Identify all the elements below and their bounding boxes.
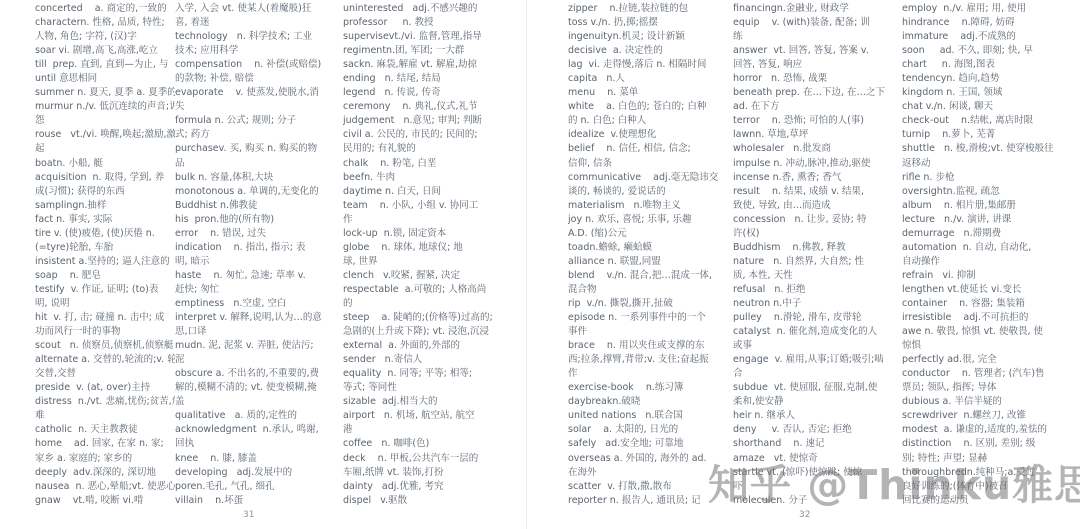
vocab-line: 入学, 入会 vt. 使某人(着魔般)狂 [175,2,342,16]
vocab-line: compensation n. 补偿(或赔偿) [175,58,342,72]
vocab-line: 事件 [568,325,732,339]
vocab-line: 泥 [175,353,342,367]
vocab-line: hit v. 打, 击; 碰撞 n. 击中; 成 [35,311,175,325]
vocab-line: immature adj.不成熟的 [902,30,1080,44]
vocab-line: 技术; 应用科学 [175,44,342,58]
vocab-line: 民用的; 有礼貌的 [343,142,525,156]
vocab-line: indication n. 指出, 指示; 表 [175,241,342,255]
vocab-line: villain n.坏蛋 [175,494,342,508]
vocab-line: acknowledgment n.承认, 鸣谢, [175,423,342,437]
vocab-line: engage v. 雇用,从事;订婚;吸引;啮 [733,353,901,367]
vocab-line: 起 [35,142,175,156]
vocab-line: 混合物 [568,283,732,297]
vocab-line: lag vi. 走得慢,落后 n. 相隔时间 [568,58,732,72]
vocab-line: brace n. 用以夹住或支撑的东 [568,339,732,353]
vocab-line: coffee n. 咖啡(色) [343,437,525,451]
vocab-line: 交替,交替 [35,367,175,381]
vocab-line: rouse vt./vi. 唤醒,唤起;激励,激 [35,128,175,142]
vocab-line: sackn. 麻袋,解雇 vt. 解雇,劫掠 [343,58,525,72]
vocab-line: sizable adj.相当大的 [343,395,525,409]
vocab-line: 柔和,使安静 [733,395,901,409]
vocab-line: pulley n.滑轮, 滑车, 皮带轮 [733,311,901,325]
vocab-line: modest a. 谦虚的,适度的,羞怯的 [902,423,1080,437]
vocab-line: exercise-book n.练习簿 [568,381,732,395]
vocab-line: 明, 暗示 [175,255,342,269]
vocab-line: till prep. 直到, 直到—为止, 与 [35,58,175,72]
page-number-31: 31 [243,510,254,520]
vocab-line: decisive a. 决定性的 [568,44,732,58]
vocab-line: summer n. 夏天, 夏季 a. 夏季的 [35,86,175,100]
vocab-line: equip v. (with)装备, 配备; 训 [733,16,901,30]
vocab-line: chat v./n. 闲谈, 聊天 [902,100,1080,114]
vocab-line: mudn. 泥, 泥浆 v. 弄脏, 使沾污; [175,339,342,353]
vocab-line: 西;拉条,撑臂,背带;v. 支住;奋起振 [568,353,732,367]
page-number-32: 32 [799,510,810,520]
vocab-line: poren.毛孔, 气孔, 细孔 [175,480,342,494]
vocab-line: 作 [343,213,525,227]
vocab-line: clench v.咬紧, 握紧, 决定 [343,269,525,283]
vocab-line: nature n. 自然界, 大自然; 性 [733,255,901,269]
vocab-line: deny v. 否认, 否定; 拒绝 [733,423,901,437]
vocab-line: gnaw vt.啃, 咬断 vi.啃 [35,494,175,508]
vocab-line: terror n. 恐怖; 可怕的人(事) [733,114,901,128]
vocab-line: chart n. 海图,图表 [902,58,1080,72]
vocab-line: financingn.金融业, 财政学 [733,2,901,16]
vocab-line: bulk n. 容量,体积,大块 [175,171,342,185]
vocab-line: (=tyre)轮胎, 车胎 [35,241,175,255]
vocab-line: legend n. 传说, 传奇 [343,86,525,100]
vocab-line: his pron.他的(所有物) [175,213,342,227]
vocab-line: belief n. 信任, 相信, 信念; [568,142,732,156]
vocab-line: distinction n. 区别, 差别; 级 [902,437,1080,451]
vocab-line: Buddhism n.佛教, 释教 [733,241,901,255]
vocab-line: container n. 容器; 集装箱 [902,297,1080,311]
vocab-line: charactern. 性格, 品质, 特性; [35,16,175,30]
vocab-line: murmur n./v. 低沉连续的声音;诉 [35,100,175,114]
vocab-line: lawnn. 草地,草坪 [733,128,901,142]
vocab-line: uninterested adj.不感兴趣的 [343,2,525,16]
vocab-line: turnip n.萝卜, 芜菁 [902,128,1080,142]
vocab-line: nausea n. 恶心,晕船;vt. 使恶心 [35,480,175,494]
vocab-line: evaporate v. 使蒸发,使脱水,消 [175,86,342,100]
vocab-line: 或事 [733,339,901,353]
vocab-line: 港 [343,423,525,437]
vocab-line: united nations n.联合国 [568,409,732,423]
vocab-line: dainty adj.优雅, 考究 [343,480,525,494]
vocab-line: neutron n.中子 [733,297,901,311]
vocab-line: automation n. 自动, 自动化, [902,241,1080,255]
vocab-line: supervisevt./vi. 监督,管理,指导 [343,30,525,44]
vocab-line: 票员; 领队, 指挥; 导体 [902,381,1080,395]
vocab-line: ending n. 结尾, 结局 [343,72,525,86]
vocab-line: shorthand n. 速记 [733,437,901,451]
vocab-line: 赶快; 匆忙 [175,283,342,297]
vocab-line: 怨 [35,114,175,128]
vocab-line: equality n. 同等; 平等; 相等; [343,367,525,381]
vocab-line: A.D. (缩)公元 [568,227,732,241]
vocab-line: purchasev. 买, 购买 n. 购买的物 [175,142,342,156]
page32-column-1: zipper n.拉链,装拉链的包toss v./n. 扔,掷;摇摆ingenu… [568,2,732,514]
vocab-line: catholic n. 天主教教徒 [35,423,175,437]
vocab-line: solar a. 太阳的, 日光的 [568,423,732,437]
vocab-line: oversightn.监视, 疏忽 [902,185,1080,199]
vocab-line: technology n. 科学技术; 工业 [175,30,342,44]
vocab-line: respectable a.可敬的; 人格高尚 [343,283,525,297]
vocab-line: materialism n.唯物主义 [568,199,732,213]
vocab-line: 自动操作 [902,255,1080,269]
vocab-line: 失 [175,100,342,114]
vocab-line: insistent a.坚持的; 逼人注意的 [35,255,175,269]
vocab-line: rip v./n. 撕裂,撕开,扯破 [568,297,732,311]
vocab-line: testify v. 作证, 证明; (to)表 [35,283,175,297]
vocab-line: screwdriver n.螺丝刀, 改锥 [902,409,1080,423]
vocab-line: 品 [175,157,342,171]
vocab-line: 思,口译 [175,325,342,339]
vocab-line: professor n. 教授 [343,16,525,30]
vocab-line: episode n. 一系列事件中的一个 [568,311,732,325]
vocab-line: haste n. 匆忙, 急速; 草率 v. [175,269,342,283]
vocab-line: toadn.蟾蜍, 癞蛤蟆 [568,241,732,255]
vocab-line: scout n. 侦察员,侦察机,侦察艇 [35,339,175,353]
vocab-line: soap n. 肥皂 [35,269,175,283]
page32-column-3: employ n./v. 雇用; 用, 使用hindrance n.障碍, 妨碍… [902,2,1080,514]
vocab-line: idealize v.使理想化 [568,128,732,142]
vocab-line: hindrance n.障碍, 妨碍 [902,16,1080,30]
vocab-line: 喜, 着迷 [175,16,342,30]
vocab-line: steep a. 陡峭的;(价格等)过高的; [343,311,525,325]
vocab-line: distress n./vt. 悲痛,忧伤;贫苦,危 [35,395,175,409]
vocab-line: team n. 小队, 小组 v. 协同工 [343,199,525,213]
vocab-line: samplingn.抽样 [35,199,175,213]
vocab-line: capita n.人 [568,72,732,86]
vocab-line: 明, 说明 [35,297,175,311]
vocab-line: 回执 [175,437,342,451]
vocab-line: 的款物; 补偿, 赔偿 [175,72,342,86]
vocab-line: ceremony n. 典礼,仪式,礼节 [343,100,525,114]
vocab-line: 的 [343,297,525,311]
vocab-line: deeply adv.深深的, 深切地 [35,466,175,480]
vocab-line: emptiness n.空虚, 空白 [175,297,342,311]
vocab-line: obscure a. 不出名的,不重要的,费 [175,367,342,381]
vocab-line: refrain vi. 抑制 [902,269,1080,283]
vocab-line: 回答, 答复, 响应 [733,58,901,72]
vocab-line: tendencyn. 趋向,趋势 [902,72,1080,86]
vocab-line: employ n./v. 雇用; 用, 使用 [902,2,1080,16]
vocab-line: tire v. (使)疲倦, (使)厌倦 n. [35,227,175,241]
vocab-line: 成(习惯); 获得的东西 [35,185,175,199]
vocab-line: 质, 本性, 天性 [733,269,901,283]
vocab-line: 功而风行一时的事物 [35,325,175,339]
vocab-line: conductor n. 管理者; (汽车)售 [902,367,1080,381]
vocab-line: menu n. 菜单 [568,86,732,100]
vocab-line: interpret v. 解释,说明,认为…的意 [175,311,342,325]
vocab-line: blend v./n. 混合,把…混成一体, [568,269,732,283]
vocab-line: error n. 错误, 过失 [175,227,342,241]
vocab-line: qualitative a. 质的,定性的 [175,409,342,423]
vocab-line: soar vi. 剧增,高飞,高涨,屹立 [35,44,175,58]
vocab-line: 合 [733,367,901,381]
vocab-line: soon ad. 不久, 即刻; 快, 早 [902,44,1080,58]
vocab-line: toss v./n. 扔,掷;摇摆 [568,16,732,30]
vocab-line: zipper n.拉链,装拉链的包 [568,2,732,16]
vocab-line: alliance n. 联盟,同盟 [568,255,732,269]
page-divider [526,0,527,529]
vocab-line: check-out n.结帐, 离店时限 [902,114,1080,128]
vocab-line: 难 [35,409,175,423]
vocab-line: 盖 [175,395,342,409]
vocab-line: 解的,模糊不清的; vt. 使变模糊,掩 [175,381,342,395]
vocab-line: formula n. 公式; 规则; 分子 [175,114,342,128]
zhihu-watermark: 知乎 @Thinku雅思指南 [708,452,1080,511]
vocab-line: wholesaler n.批发商 [733,142,901,156]
vocab-line: album n. 相片册,集邮册 [902,199,1080,213]
vocab-line: concession n. 让步, 妥协; 特 [733,213,901,227]
vocab-line: globe n. 球体, 地球仪; 地 [343,241,525,255]
vocab-line: refusal n. 拒绝 [733,283,901,297]
page31-column-1: concerted a. 商定的,一致的charactern. 性格, 品质, … [35,2,175,514]
vocab-line: 惊惧 [902,339,1080,353]
vocab-line: beneath prep. 在…下边, 在…之下 [733,86,901,100]
vocab-line: 式; 药方 [175,128,342,142]
vocab-line: civil a. 公民的, 市民的; 民间的; [343,128,525,142]
vocab-line: 返移动 [902,157,1080,171]
vocab-line: 家乡 a. 家庭的; 家乡的 [35,452,175,466]
vocab-line: horror n. 恐怖, 战栗 [733,72,901,86]
vocab-line: 练 [733,30,901,44]
vocab-line: airport n. 机场, 航空站, 航空 [343,409,525,423]
vocab-line: answer vt. 回答, 答复, 答案 v. [733,44,901,58]
vocab-line: external a. 外面的,外部的 [343,339,525,353]
vocab-line: home ad. 回家, 在家 n. 家; [35,437,175,451]
vocab-line: daytime n. 白天, 日间 [343,185,525,199]
vocab-line: perfectly ad.很, 完全 [902,353,1080,367]
vocab-line: 信仰, 信条 [568,157,732,171]
vocab-line: acquisition n. 取得, 学到, 养 [35,171,175,185]
page32-column-2: financingn.金融业, 财政学equip v. (with)装备, 配备… [733,2,901,514]
vocab-line: incense n.香, 熏香; 香气 [733,171,901,185]
vocab-line: knee n. 膝, 膝盖 [175,452,342,466]
vocab-line: judgement n.意见; 审判; 判断 [343,114,525,128]
vocab-line: 的 n. 白色; 白种人 [568,114,732,128]
vocab-line: safely ad.安全地; 可靠地 [568,437,732,451]
vocab-line: demurrage n.滞期费 [902,227,1080,241]
vocab-line: concerted a. 商定的,一致的 [35,2,175,16]
vocab-line: preside v. (at, over)主持 [35,381,175,395]
vocab-line: regimentn.团, 军团; 一大群 [343,44,525,58]
vocab-line: monotonous a. 单调的,无变化的 [175,185,342,199]
vocab-line: rifle n. 步枪 [902,171,1080,185]
vocab-line: impulse n. 冲动,脉冲,推动,驱使 [733,157,901,171]
vocab-line: dispel v.驱散 [343,494,525,508]
vocab-line: beefn. 牛肉 [343,171,525,185]
vocab-line: chalk n. 粉笔, 白垩 [343,157,525,171]
vocab-line: irresistible adj.不可抗拒的 [902,311,1080,325]
vocab-line: alternate a. 交替的,轮流的;v. 轮流 [35,353,175,367]
vocab-line: ad. 在下方 [733,100,901,114]
vocab-line: heir n. 继承人 [733,409,901,423]
vocab-line: developing adj.发展中的 [175,466,342,480]
vocab-line: 球, 世界 [343,255,525,269]
vocab-line: until 意思相同 [35,72,175,86]
vocab-line: lock-up n.锁, 固定资本 [343,227,525,241]
vocab-line: dubious a. 半信半疑的 [902,395,1080,409]
vocab-line: deck n. 甲板,公共汽车一层的 [343,452,525,466]
vocab-line: 谈的, 畅谈的, 爱说话的 [568,185,732,199]
vocab-line: kingdom n. 王国, 领域 [902,86,1080,100]
vocab-line: daybreakn.破晓 [568,395,732,409]
vocab-line: awe n. 敬畏, 惊惧 vt. 使敬畏, 使 [902,325,1080,339]
vocab-line: 等式; 等同性 [343,381,525,395]
vocab-line: 致使, 导致, 由…而造成 [733,199,901,213]
vocab-line: 车厢,纸牌 vt. 装饰,打扮 [343,466,525,480]
vocab-line: communicative adj.毫无隐讳交 [568,171,732,185]
vocabulary-document: concerted a. 商定的,一致的charactern. 性格, 品质, … [0,0,1080,529]
vocab-line: boatn. 小船, 艇 [35,157,175,171]
vocab-line: Buddhist n.佛教徒 [175,199,342,213]
vocab-line: 许(权) [733,227,901,241]
vocab-line: catalyst n. 催化剂,造成变化的人 [733,325,901,339]
vocab-line: joy n. 欢乐, 喜悦; 乐事, 乐趣 [568,213,732,227]
vocab-line: shuttle n. 梭,滑梭;vt. 使穿梭般往 [902,142,1080,156]
vocab-line: 急剧的(上升或下降); vt. 浸泡,沉浸 [343,325,525,339]
vocab-line: 人物, 角色; 字符, (汉)字 [35,30,175,44]
vocab-line: result n. 结果, 成绩 v. 结果, [733,185,901,199]
page31-column-2: 入学, 入会 vt. 使某人(着魔般)狂喜, 着迷technology n. 科… [175,2,342,514]
vocab-line: lengthen vt.使延长 vi.变长 [902,283,1080,297]
vocab-line: 作 [568,367,732,381]
vocab-line: lecture n./v. 演讲, 讲课 [902,213,1080,227]
vocab-line: sender n.寄信人 [343,353,525,367]
vocab-line: ingenuityn.机灵; 设计新颖 [568,30,732,44]
vocab-line: white a. 白色的; 苍白的; 白种 [568,100,732,114]
vocab-line: fact n. 事实, 实际 [35,213,175,227]
vocab-line: subdue vt. 使屈服, 征服,克制,使 [733,381,901,395]
page31-column-3: uninterested adj.不感兴趣的professor n. 教授sup… [343,2,525,514]
